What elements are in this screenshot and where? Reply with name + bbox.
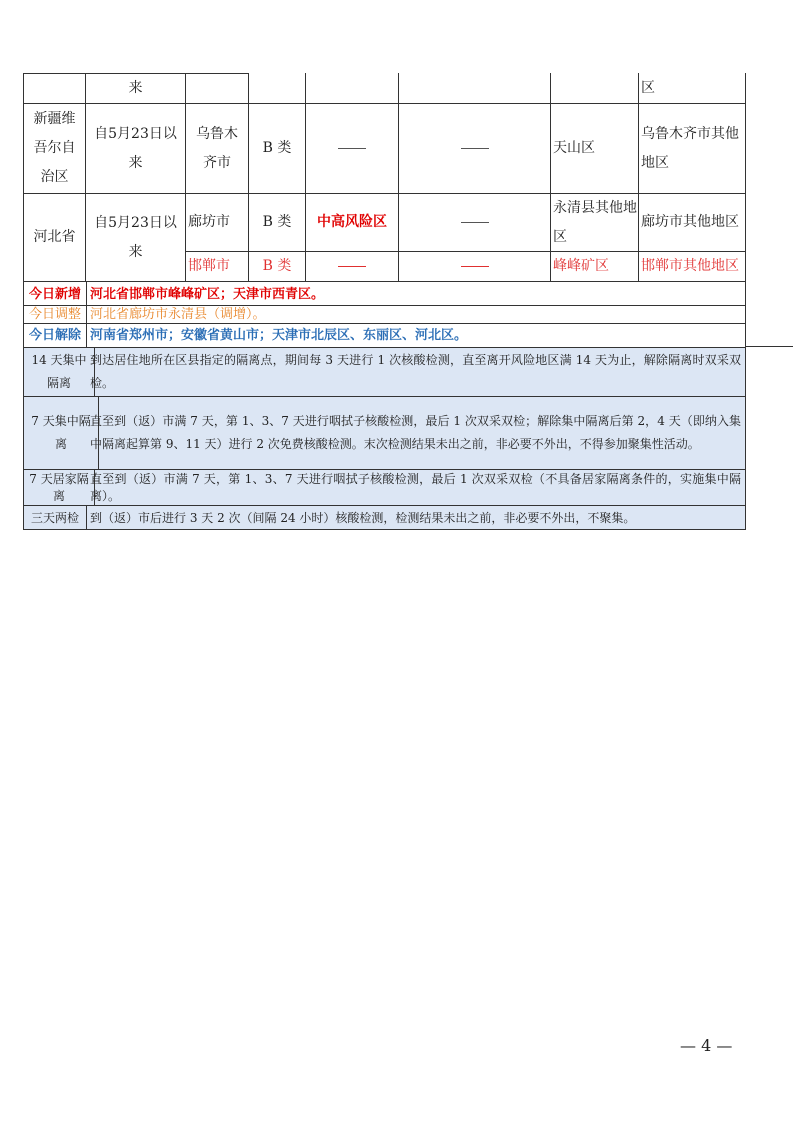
other-area-text: 邯郸市其他地区	[641, 252, 739, 281]
cont-col5-cell	[305, 73, 399, 104]
quarantine-row-14day: 14 天集中隔离 到达居住地所在区县指定的隔离点，期间每 3 天进行 1 次核酸…	[23, 347, 746, 397]
quarantine-text: 到（返）市后进行 3 天 2 次（间隔 24 小时）核酸检测，检测结果未出之前，…	[90, 507, 741, 529]
cont-city-cell	[185, 73, 249, 104]
cont-date-text: 来	[129, 74, 143, 103]
cont-other-text: 区	[641, 74, 655, 103]
city-text: 廊坊市	[188, 208, 230, 237]
city-text: 乌鲁木齐市	[192, 120, 242, 178]
other-cell-handan: 邯郸市其他地区	[638, 251, 746, 282]
district-text: 天山区	[553, 134, 595, 163]
category-cell-handan: B 类	[248, 251, 306, 282]
date-text: 自5月23日以来	[90, 209, 181, 267]
dash-mark	[461, 222, 489, 223]
quarantine-row-7day-central: 7 天集中隔离 直至到（返）市满 7 天，第 1、3、7 天进行咽拭子核酸检测，…	[23, 396, 746, 470]
col5-cell-langfang: 中高风险区	[305, 193, 399, 252]
notice-text: 河北省廊坊市永清县（调增）。	[90, 306, 266, 324]
cont-district-cell	[550, 73, 639, 104]
quarantine-row-3day: 三天两检 到（返）市后进行 3 天 2 次（间隔 24 小时）核酸检测，检测结果…	[23, 505, 746, 530]
district-text: 永清县其他地区	[553, 194, 638, 252]
city-text: 邯郸市	[188, 252, 230, 281]
district-cell-langfang: 永清县其他地区	[550, 193, 639, 252]
date-text: 自5月23日以来	[90, 120, 181, 178]
date-cell-xinjiang: 自5月23日以来	[85, 103, 186, 194]
page-number: — 4 —	[680, 1036, 732, 1055]
province-cell-xinjiang: 新疆维吾尔自治区	[23, 103, 86, 194]
city-cell-handan: 邯郸市	[185, 251, 249, 282]
quarantine-label: 7 天集中隔离	[24, 397, 99, 469]
district-cell-urumqi: 天山区	[550, 103, 639, 194]
date-cell-hebei: 自5月23日以来	[85, 193, 186, 282]
cont-province-cell	[23, 73, 86, 104]
col6-cell-langfang	[398, 193, 551, 252]
district-cell-handan: 峰峰矿区	[550, 251, 639, 282]
overflow-rule	[745, 346, 793, 347]
col6-cell-urumqi	[398, 103, 551, 194]
notice-lifted: 今日解除 河南省郑州市；安徽省黄山市；天津市北辰区、东丽区、河北区。	[23, 323, 746, 348]
quarantine-label: 14 天集中隔离	[24, 348, 95, 396]
dash-mark	[338, 266, 366, 267]
category-text: B 类	[263, 208, 292, 237]
notice-text: 河南省郑州市；安徽省黄山市；天津市北辰区、东丽区、河北区。	[90, 324, 467, 348]
cont-col6-cell	[398, 73, 551, 104]
category-text: B 类	[263, 252, 292, 281]
cont-date-cell: 来	[85, 73, 186, 104]
cont-category-cell	[248, 73, 306, 104]
category-cell-urumqi: B 类	[248, 103, 306, 194]
quarantine-text: 到达居住地所在区县指定的隔离点，期间每 3 天进行 1 次核酸检测，直至离开风险…	[90, 349, 741, 395]
notice-text: 河北省邯郸市峰峰矿区；天津市西青区。	[90, 282, 324, 306]
col6-cell-handan	[398, 251, 551, 282]
other-cell-urumqi: 乌鲁木齐市其他地区	[638, 103, 746, 194]
col5-cell-urumqi	[305, 103, 399, 194]
quarantine-text: 直至到（返）市满 7 天，第 1、3、7 天进行咽拭子核酸检测，最后 1 次双采…	[90, 471, 741, 505]
notice-adjusted: 今日调整 河北省廊坊市永清县（调增）。	[23, 305, 746, 324]
category-text: B 类	[263, 134, 292, 163]
city-cell-urumqi: 乌鲁木齐市	[185, 103, 249, 194]
notice-label: 今日调整	[24, 306, 87, 323]
city-cell-langfang: 廊坊市	[185, 193, 249, 252]
notice-new: 今日新增 河北省邯郸市峰峰矿区；天津市西青区。	[23, 281, 746, 306]
dash-mark	[461, 266, 489, 267]
province-text: 河北省	[34, 223, 76, 252]
col5-cell-handan	[305, 251, 399, 282]
quarantine-label: 三天两检	[24, 506, 87, 529]
quarantine-label: 7 天居家隔离	[24, 470, 95, 505]
district-text: 峰峰矿区	[553, 252, 609, 281]
province-text: 新疆维吾尔自治区	[30, 105, 79, 192]
dash-mark	[461, 148, 489, 149]
dash-mark	[338, 148, 366, 149]
other-cell-langfang: 廊坊市其他地区	[638, 193, 746, 252]
province-cell-hebei: 河北省	[23, 193, 86, 282]
quarantine-text: 直至到（返）市满 7 天，第 1、3、7 天进行咽拭子核酸检测，最后 1 次双采…	[90, 410, 741, 456]
other-area-text: 廊坊市其他地区	[641, 208, 739, 237]
notice-label: 今日新增	[24, 282, 87, 305]
cont-other-cell: 区	[638, 73, 746, 104]
notice-label: 今日解除	[24, 324, 87, 347]
quarantine-row-7day-home: 7 天居家隔离 直至到（返）市满 7 天，第 1、3、7 天进行咽拭子核酸检测，…	[23, 469, 746, 506]
other-area-text: 乌鲁木齐市其他地区	[641, 120, 741, 178]
category-cell-langfang: B 类	[248, 193, 306, 252]
risk-area-text: 中高风险区	[317, 208, 387, 237]
